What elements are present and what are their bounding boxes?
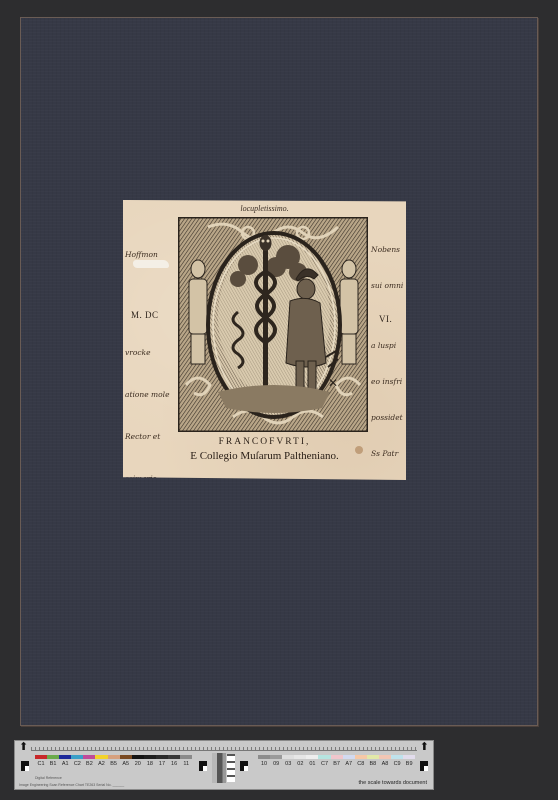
color-patch: C7: [318, 755, 330, 767]
color-patch: 18: [144, 755, 156, 767]
woodcut-illustration: ✕: [178, 217, 368, 432]
color-patch: 17: [156, 755, 168, 767]
registration-target-icon: [240, 761, 248, 771]
registration-target-icon: [21, 761, 29, 771]
handwriting-line: eo insfri: [371, 376, 403, 388]
color-patch: 16: [168, 755, 180, 767]
color-patch: C9: [391, 755, 403, 767]
color-patch: 09: [270, 755, 282, 767]
color-patch: A8: [379, 755, 391, 767]
running-head: locupletissimo.: [123, 204, 406, 213]
up-arrow-icon: ⬆: [420, 742, 429, 753]
title-page-fragment: locupletissimo. Hoffmon vrocke atione mo…: [123, 200, 406, 480]
color-patch: B5: [108, 755, 120, 767]
handwriting-line: Nobens: [371, 244, 403, 256]
color-patch: 01: [306, 755, 318, 767]
color-patch: B9: [403, 755, 415, 767]
up-arrow-icon: ⬆: [19, 742, 28, 753]
svg-text:✕: ✕: [328, 376, 338, 390]
handwriting-right: Nobens sui omni a luspi eo insfri possid…: [371, 220, 403, 520]
handwriting-line: possidet: [371, 412, 403, 424]
handwriting-line: vrocke: [125, 346, 170, 360]
chart-caption: the scale towards document: [359, 780, 427, 786]
color-patch: 10: [258, 755, 270, 767]
handwriting-line: Fatum: [371, 484, 403, 496]
handwriting-line: Hoffmon: [125, 248, 170, 262]
chart-note: Digital Reference: [35, 776, 62, 780]
foxing-stain: [355, 446, 363, 454]
imprint-city: FRANCOFVRTI,: [123, 437, 406, 447]
step-tabs: [227, 754, 235, 782]
color-patch: A7: [343, 755, 355, 767]
handwriting-line: atione mole: [125, 388, 170, 402]
handwriting-line: ssimaris.: [125, 472, 170, 486]
color-patch: 11: [180, 755, 192, 767]
handwriting-left: Hoffmon vrocke atione mole Rector et ssi…: [125, 220, 170, 514]
mounting-board: locupletissimo. Hoffmon vrocke atione mo…: [20, 17, 538, 726]
handwriting-line: a luspi: [371, 340, 403, 352]
color-patch: A2: [95, 755, 107, 767]
registration-target-icon: [420, 761, 428, 771]
color-patch: A1: [59, 755, 71, 767]
mm-ruler: [31, 744, 417, 751]
imprint-press: E Collegio Muſarum Paltheniano.: [123, 450, 406, 462]
gray-density-ramp: [212, 753, 226, 783]
color-patch: 20: [132, 755, 144, 767]
printers-device-woodcut: ✕: [178, 217, 368, 432]
color-patch: A5: [120, 755, 132, 767]
color-reference-chart: ⬆ ⬆ C1 B1 A1 C2 B2 A2 B5 A5 20 18 17 16 …: [15, 741, 433, 789]
color-patches-left: C1 B1 A1 C2 B2 A2 B5 A5 20 18 17 16 11: [35, 755, 192, 767]
imprint-year-right: VI.: [379, 314, 392, 324]
color-patch: C2: [71, 755, 83, 767]
color-patch: B2: [83, 755, 95, 767]
imprint-year-left: M. DC: [131, 310, 159, 320]
registration-target-icon: [199, 761, 207, 771]
handwriting-line: sui omni: [371, 280, 403, 292]
color-patch: C1: [35, 755, 47, 767]
color-patch: B8: [367, 755, 379, 767]
chart-manufacturer-note: Image Engineering Scan Reference Chart T…: [19, 783, 124, 787]
color-patch: B1: [47, 755, 59, 767]
color-patch: C8: [355, 755, 367, 767]
color-patch: B7: [331, 755, 343, 767]
color-patch: 02: [294, 755, 306, 767]
color-patch: 03: [282, 755, 294, 767]
color-patches-right: 10 09 03 02 01 C7 B7 A7 C8 B8 A8 C9 B9: [258, 755, 415, 767]
